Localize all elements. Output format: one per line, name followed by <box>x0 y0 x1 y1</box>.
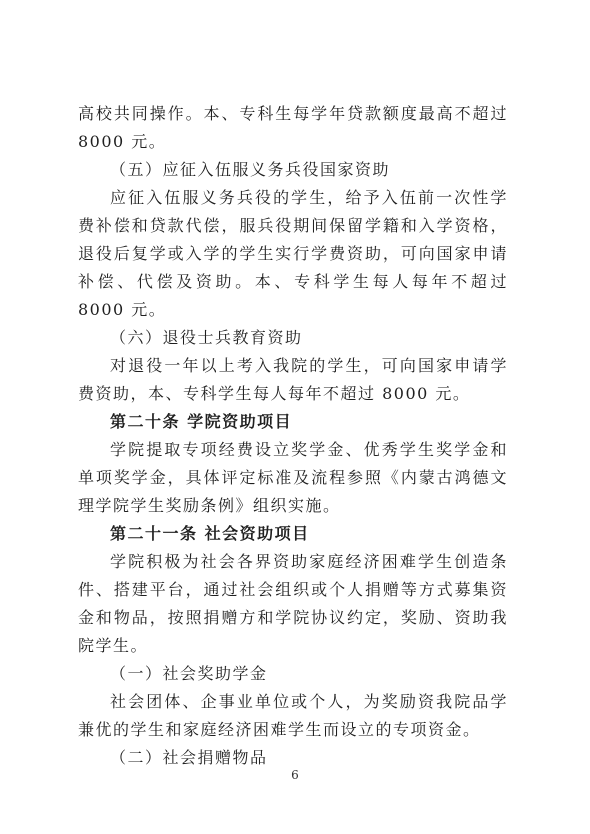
page-number: 6 <box>0 768 590 782</box>
document-body: 高校共同操作。本、专科生每学年贷款额度最高不超过 8000 元。 （五）应征入伍… <box>78 100 508 772</box>
document-page: 高校共同操作。本、专科生每学年贷款额度最高不超过 8000 元。 （五）应征入伍… <box>0 0 590 834</box>
subsection-5-heading: （五）应征入伍服义务兵役国家资助 <box>78 156 508 184</box>
para-social-aid-platform: 学院积极为社会各界资助家庭经济困难学生创造条件、搭建平台，通过社会组织或个人捐赠… <box>78 548 508 660</box>
para-college-scholarship: 学院提取专项经费设立奖学金、优秀学生奖学金和单项奖学金，具体评定标准及流程参照《… <box>78 436 508 520</box>
subsection-1-heading: （一）社会奖助学金 <box>78 660 508 688</box>
para-loan-cap: 高校共同操作。本、专科生每学年贷款额度最高不超过 8000 元。 <box>78 100 508 156</box>
para-social-scholarship-fund: 社会团体、企事业单位或个人，为奖励资我院品学兼优的学生和家庭经济困难学生而设立的… <box>78 688 508 744</box>
para-veteran-education-aid: 对退役一年以上考入我院的学生，可向国家申请学费资助，本、专科学生每人每年不超过 … <box>78 352 508 408</box>
subsection-6-heading: （六）退役士兵教育资助 <box>78 324 508 352</box>
article-21-heading: 第二十一条 社会资助项目 <box>78 520 508 548</box>
para-military-service-aid: 应征入伍服义务兵役的学生，给予入伍前一次性学费补偿和贷款代偿，服兵役期间保留学籍… <box>78 184 508 324</box>
article-20-heading: 第二十条 学院资助项目 <box>78 408 508 436</box>
